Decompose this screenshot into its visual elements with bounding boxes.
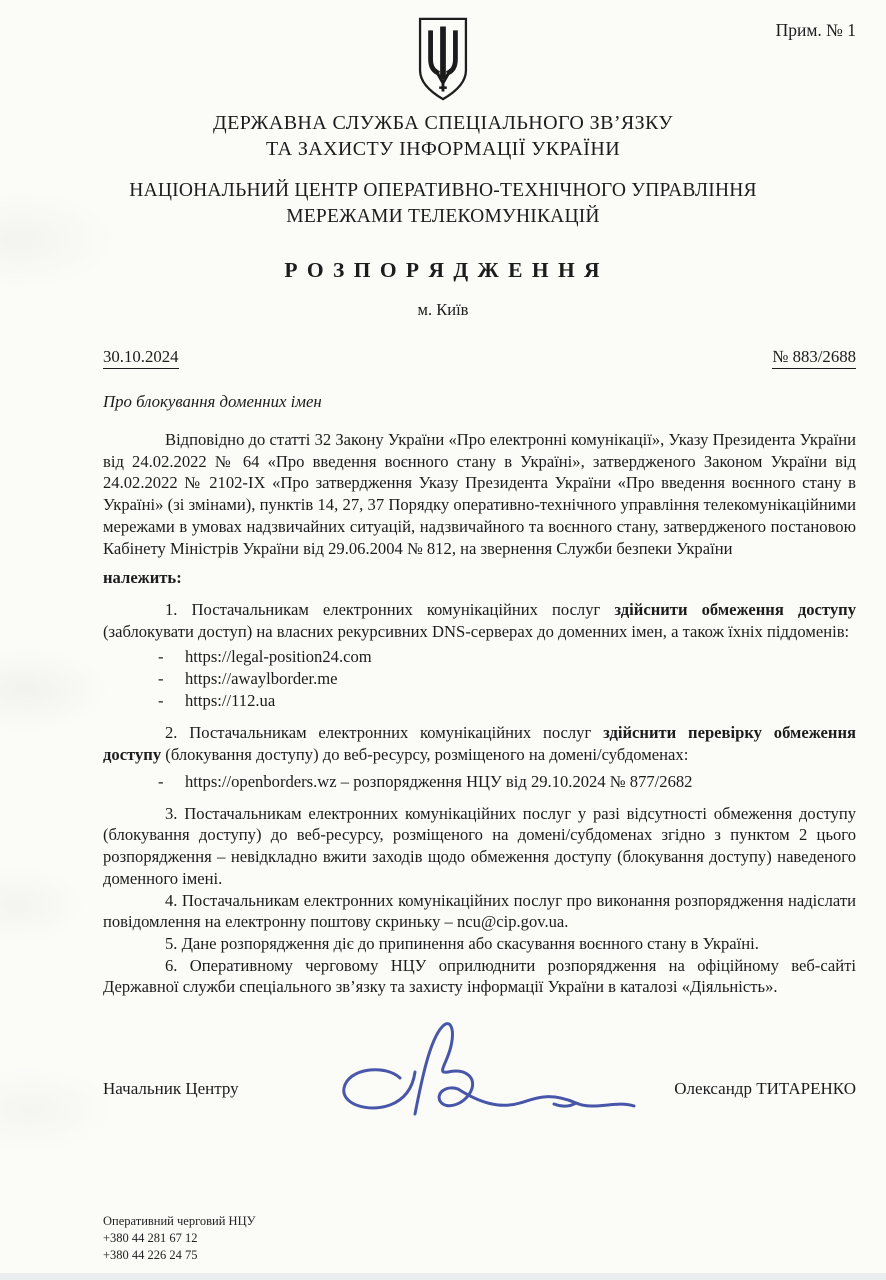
date-number-row: 30.10.2024 № 883/2688 — [0, 347, 886, 369]
organization-name: ДЕРЖАВНА СЛУЖБА СПЕЦІАЛЬНОГО ЗВ’ЯЗКУ ТА … — [40, 110, 846, 162]
point-4: 4. Постачальникам електронних комунікаці… — [103, 890, 856, 933]
scan-edge-artifact — [0, 1273, 886, 1280]
point-1-rest: (заблокувати доступ) на власних рекурсив… — [103, 622, 849, 641]
center-name-line2: МЕРЕЖАМИ ТЕЛЕКОМУНІКАЦІЙ — [30, 204, 856, 230]
contact-phone-1: +380 44 281 67 12 — [103, 1230, 255, 1247]
document-number: № 883/2688 — [772, 347, 856, 369]
contact-phone-2: +380 44 226 24 75 — [103, 1247, 255, 1264]
contact-title: Оперативний черговий НЦУ — [103, 1213, 255, 1230]
org-name-line1: ДЕРЖАВНА СЛУЖБА СПЕЦІАЛЬНОГО ЗВ’ЯЗКУ — [40, 110, 846, 136]
signer-name: Олександр ТИТАРЕНКО — [674, 1079, 856, 1099]
directive-word: належить: — [103, 567, 856, 589]
point-2-lead: 2. Постачальникам електронних комунікаці… — [165, 723, 603, 742]
handwritten-signature-icon — [330, 1016, 650, 1146]
scanned-document-page: Прим. № 1 ДЕРЖАВНА СЛУЖБА СПЕЦІАЛЬНОГО З… — [0, 0, 886, 1280]
signature-block: Начальник Центру Олександр ТИТАРЕНКО — [0, 1044, 886, 1134]
point-2: 2. Постачальникам електронних комунікаці… — [103, 722, 856, 765]
blocked-domain-item: https://awaylborder.me — [158, 668, 856, 690]
signer-position: Начальник Центру — [103, 1079, 239, 1099]
contact-footer: Оперативний черговий НЦУ +380 44 281 67 … — [103, 1213, 255, 1264]
point-1-lead: 1. Постачальникам електронних комунікаці… — [165, 600, 614, 619]
point-1-bold: здійснити обмеження доступу — [614, 600, 856, 619]
document-subject: Про блокування доменних імен — [103, 392, 856, 412]
point-6: 6. Оперативному черговому НЦУ оприлюднит… — [103, 955, 856, 998]
ukraine-trident-emblem-icon — [414, 16, 472, 102]
point-5: 5. Дане розпорядження діє до припинення … — [103, 933, 856, 955]
blocked-domain-item: https://legal-position24.com — [158, 646, 856, 668]
blocked-domain-item: https://112.ua — [158, 690, 856, 712]
center-name-line1: НАЦІОНАЛЬНИЙ ЦЕНТР ОПЕРАТИВНО-ТЕХНІЧНОГО… — [30, 178, 856, 204]
point-3: 3. Постачальникам електронних комунікаці… — [103, 803, 856, 890]
org-name-line2: ТА ЗАХИСТУ ІНФОРМАЦІЇ УКРАЇНИ — [40, 136, 846, 162]
issue-date: 30.10.2024 — [103, 347, 179, 369]
point-1: 1. Постачальникам електронних комунікаці… — [103, 599, 856, 642]
issue-city: м. Київ — [0, 300, 886, 320]
document-body: Відповідно до статті 32 Закону України «… — [0, 429, 886, 998]
verification-domain-item: https://openborders.wz – розпорядження Н… — [158, 771, 856, 793]
blocked-domains-list: https://legal-position24.com https://awa… — [103, 646, 856, 712]
copy-number-label: Прим. № 1 — [776, 20, 856, 41]
center-name: НАЦІОНАЛЬНИЙ ЦЕНТР ОПЕРАТИВНО-ТЕХНІЧНОГО… — [30, 178, 856, 230]
intro-paragraph: Відповідно до статті 32 Закону України «… — [103, 429, 856, 559]
document-type-title: Р О З П О Р Я Д Ж Е Н Н Я — [0, 258, 886, 283]
verification-domain-list: https://openborders.wz – розпорядження Н… — [103, 771, 856, 793]
point-2-rest: (блокування доступу) до веб-ресурсу, роз… — [161, 745, 688, 764]
